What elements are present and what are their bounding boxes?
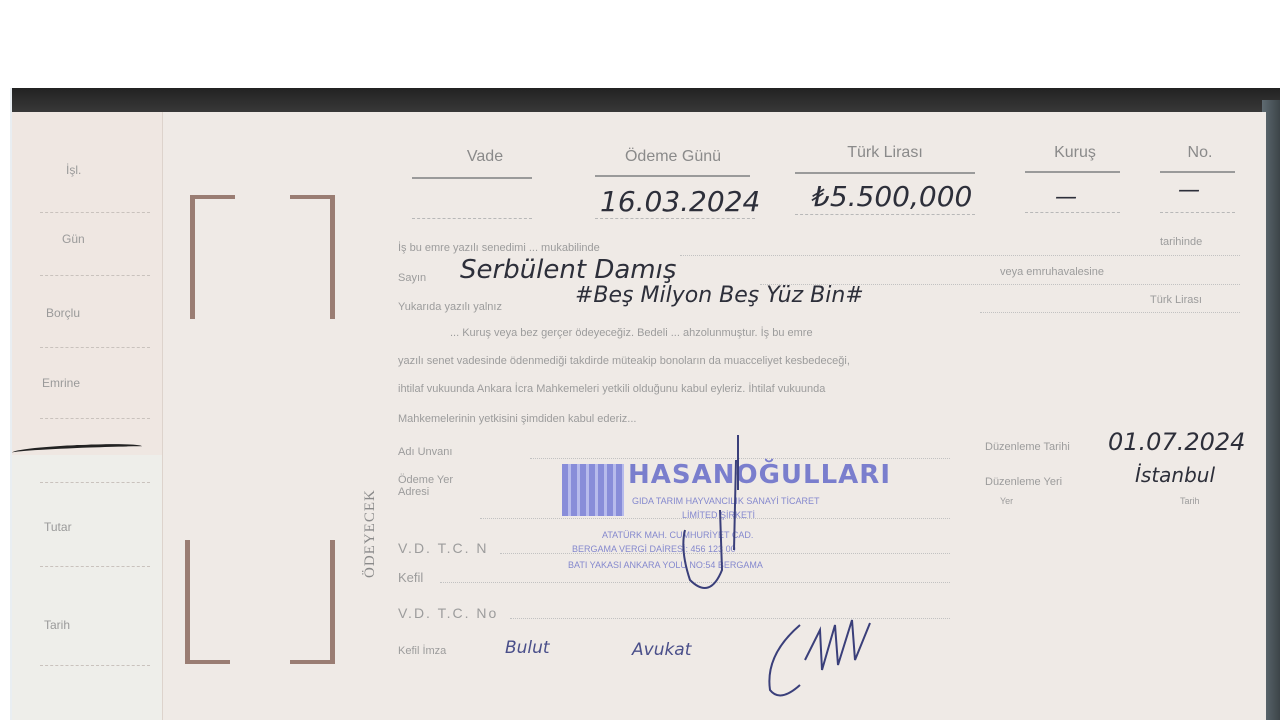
payee-label: Sayın <box>398 272 426 284</box>
header-underline <box>795 172 975 174</box>
stub-line <box>40 418 150 419</box>
debtor-name-label: Adı Unvanı <box>398 446 452 458</box>
issue-date-value: 01.07.2024 <box>1108 428 1245 456</box>
amount-words-value: #Beş Milyon Beş Yüz Bin# <box>575 283 864 308</box>
payee-suffix: veya emruhavalesine <box>1000 266 1104 278</box>
header-underline <box>412 177 532 179</box>
stub-line <box>40 347 150 348</box>
issue-sub-left: Yer <box>1000 496 1013 506</box>
issue-sub-right: Tarih <box>1180 496 1200 506</box>
corner-bracket-top-left <box>190 195 235 319</box>
value-underline <box>1160 212 1235 213</box>
header-no: No. <box>1170 144 1230 162</box>
payee-value: Serbülent Damış <box>460 255 676 285</box>
photo-top-edge <box>12 88 1280 114</box>
body-text-d: Mahkemelerinin yetkisini şimdiden kabul … <box>398 413 636 425</box>
header-vade: Vade <box>455 148 515 166</box>
stub-label-gun: Gün <box>62 232 85 246</box>
guarantor-vd-label: V.D. T.C. No <box>398 605 498 621</box>
guarantor-label: Kefil <box>398 570 423 585</box>
body-text-c: ihtilaf vukuunda Ankara İcra Mahkemeleri… <box>398 383 825 395</box>
stub-label-emrine: Emrine <box>42 376 80 390</box>
stub-line <box>40 482 150 483</box>
handwritten-bulut: Bulut <box>505 638 550 658</box>
corner-bracket-bottom-left <box>185 540 230 664</box>
odeyecek-vertical-label: ÖDEYECEK <box>362 489 379 578</box>
stub-line <box>40 275 150 276</box>
no-value: — <box>1178 178 1200 203</box>
header-underline <box>1025 171 1120 173</box>
header-odeme-gunu: Ödeme Günü <box>598 148 748 166</box>
debtor-address-label: Ödeme Yer Adresi <box>398 474 478 498</box>
value-underline <box>795 214 975 215</box>
kurus-value: — <box>1055 185 1077 210</box>
body-text-a: ... Kuruş veya bez gerçer ödeyeceğiz. Be… <box>450 327 813 339</box>
handwritten-avukat: Avukat <box>632 640 691 660</box>
stub-line <box>40 665 150 666</box>
header-turk-lirasi: Türk Lirası <box>810 144 960 162</box>
amount-value: ₺5.500,000 <box>812 180 972 213</box>
stub-label-tarih: Tarih <box>44 618 70 632</box>
debtor-signature-stroke <box>650 430 770 610</box>
issue-place-label: Düzenleme Yeri <box>985 476 1062 488</box>
body-line-1: İş bu emre yazılı senedimi ... mukabilin… <box>398 242 600 254</box>
body-line-1-suffix: tarihinde <box>1160 236 1202 248</box>
signature-graphic <box>760 615 890 700</box>
value-underline <box>412 218 532 219</box>
corner-bracket-top-right <box>290 195 335 319</box>
fill-line <box>980 312 1240 313</box>
body-text-b: yazılı senet vadesinde ödenmediği takdir… <box>398 355 850 367</box>
debtor-vd-label: V.D. T.C. N <box>398 540 488 556</box>
value-underline <box>595 218 755 219</box>
stub-label-borclu: Borçlu <box>46 306 80 320</box>
issue-date-label: Düzenleme Tarihi <box>985 441 1070 453</box>
stub-line <box>40 566 150 567</box>
guarantor-signature-label: Kefil İmza <box>398 645 446 657</box>
header-kurus: Kuruş <box>1035 144 1115 162</box>
corner-bracket-bottom-right <box>290 540 335 664</box>
stub-label-tutar: Tutar <box>44 520 72 534</box>
value-underline <box>1025 212 1120 213</box>
stub-line <box>40 212 150 213</box>
header-underline <box>1160 171 1235 173</box>
stamp-logo-icon <box>562 464 624 516</box>
header-underline <box>595 175 750 177</box>
stub-label-isl: İşl. <box>66 163 81 177</box>
amount-words-label: Yukarıda yazılı yalnız <box>398 301 502 313</box>
fill-line <box>680 255 1240 256</box>
payment-date-value: 16.03.2024 <box>600 185 760 218</box>
amount-words-suffix: Türk Lirası <box>1150 294 1202 306</box>
note-stub-torn-lower <box>12 455 162 720</box>
issue-place-value: İstanbul <box>1135 463 1215 487</box>
